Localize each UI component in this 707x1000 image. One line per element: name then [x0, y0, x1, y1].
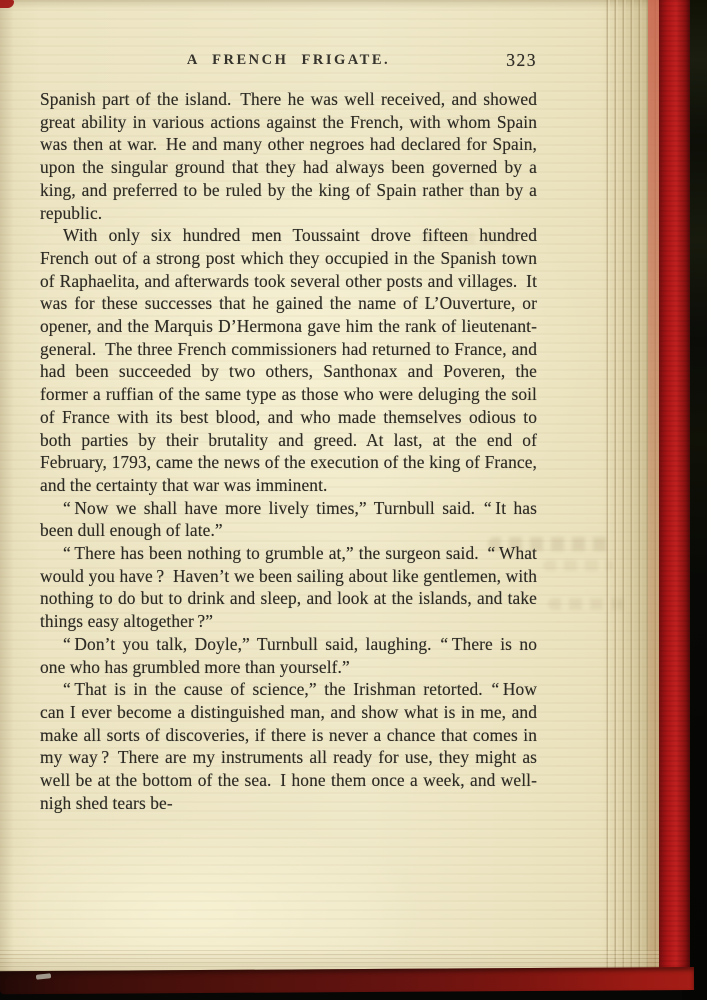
showthrough-mark — [543, 560, 613, 571]
running-title: A FRENCH FRIGATE. — [40, 52, 537, 69]
showthrough-mark — [548, 598, 630, 610]
paragraph: Spanish part of the island. There he was… — [40, 88, 537, 224]
page-header: A FRENCH FRIGATE. 323 — [40, 50, 537, 72]
page-content: A FRENCH FRIGATE. 323 Spanish part of th… — [40, 50, 537, 815]
book-page: A FRENCH FRIGATE. 323 Spanish part of th… — [0, 0, 663, 972]
page-number: 323 — [506, 50, 537, 71]
book-cover-right — [659, 0, 690, 988]
paragraph: “ Don’t you talk, Doyle,” Turnbull said,… — [40, 633, 537, 678]
paragraph: “ Now we shall have more lively times,” … — [40, 497, 537, 542]
paragraph: “ That is in the cause of science,” the … — [40, 678, 537, 814]
book-cover-bottom — [0, 967, 694, 994]
scanned-book-photo: A FRENCH FRIGATE. 323 Spanish part of th… — [0, 0, 707, 1000]
paragraph: With only six hundred men Toussaint drov… — [40, 224, 537, 496]
paragraph: “ There has been nothing to grumble at,”… — [40, 542, 537, 633]
text-block: Spanish part of the island. There he was… — [40, 88, 537, 815]
page-edge-stripes — [602, 0, 663, 972]
